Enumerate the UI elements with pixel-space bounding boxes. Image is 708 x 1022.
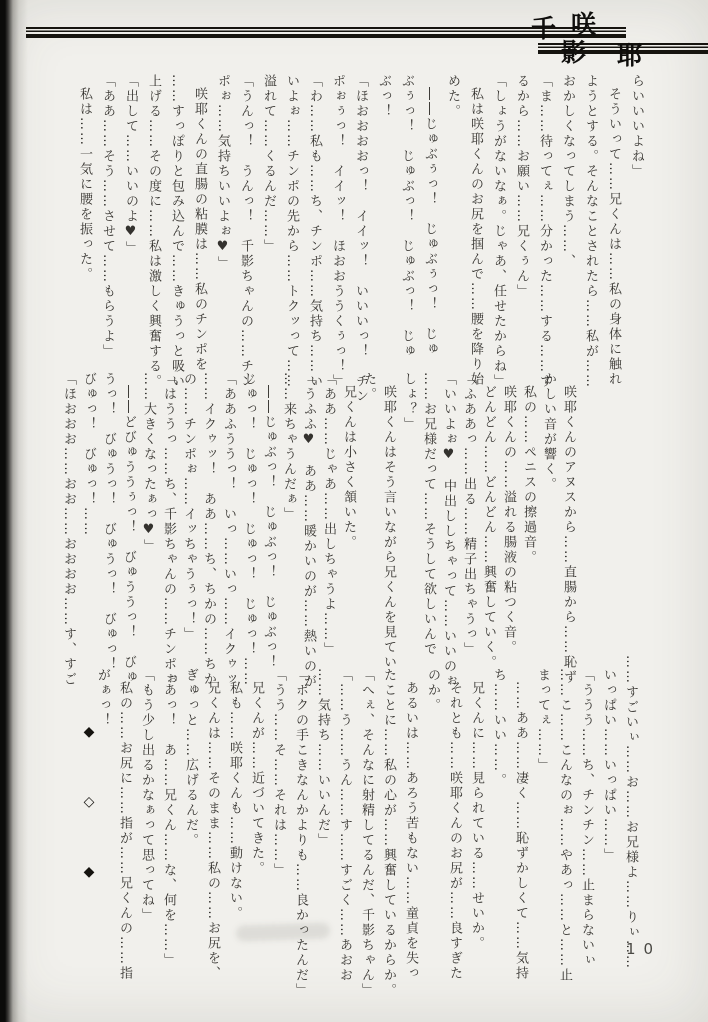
diamond-outline-icon: ◇: [84, 794, 95, 810]
text-column: 私の……ペニスの擦過音。: [518, 372, 538, 694]
text-column: 「ああふううっ！ いっ……いっ……イクゥッ: [218, 372, 238, 694]
text-column: ……来ちゃうんだぁ」: [278, 372, 298, 694]
text-column: めた。: [441, 74, 464, 398]
text-column: 咲耶くんはそう言いながら兄くんを見てい: [378, 372, 398, 694]
text-column: 「ああ……そう……させて……もらうよ」: [96, 74, 119, 398]
diamond-filled-icon: ◆: [84, 864, 95, 880]
text-column: いっぱい……いっぱい……」: [597, 655, 619, 969]
page-title-char: 影: [561, 40, 586, 65]
text-column: 「ううう……ち、チンチン……止まらないぃ: [575, 655, 597, 969]
text-column: 私は……一気に腰を振った。: [73, 74, 96, 398]
scan-page: 千 咲 影 耶 らいいいよね」そういって……兄くんは……私の身体に触れようとする…: [0, 0, 708, 1022]
text-column: ……お兄様だって……そうして欲しいんで: [418, 372, 438, 694]
text-column: ぶぅっ！ じゅぶっ！ じゅぶっ！ じゅ: [395, 74, 418, 398]
text-column: 「うふふ♥ ああ……暖かいのが……熱いのが: [298, 372, 318, 694]
text-column: ポぉぅっ！ イイッ！ ほおおううくぅっ！」: [326, 74, 349, 398]
text-column: ぶっ！: [372, 74, 395, 398]
text-column: ――じゅぶぅっ！ じゅぶぅっ！ じゅ: [418, 74, 441, 398]
text-column: らいいいよね」: [625, 74, 648, 398]
scene-break-diamonds: ◆ ◇ ◆: [78, 724, 100, 880]
text-column: 兄くんに……見られている……せいか。: [465, 655, 487, 969]
text-column: 「うう……そ……それは……」: [267, 655, 289, 969]
text-column: た。: [358, 372, 378, 694]
text-column: 兄くんは小さく頷いた。: [338, 372, 358, 694]
text-column: いよぉ……チンポの先から……トクッって……: [280, 74, 303, 398]
text-column: ……イクゥッ！ ああ……ち、ちかの……ちか: [198, 372, 218, 694]
text-column: まってぇ……」: [531, 655, 553, 969]
text-column: ポぉ……気持ちいいよぉ♥」: [211, 74, 234, 398]
text-column: それとも……咲耶くんのお尻が……良すぎた: [443, 655, 465, 969]
text-column: ……すっぽりと包み込んで……きゅうっと吸い: [165, 74, 188, 398]
text-column: 溢れて……くるんだ……」: [257, 74, 280, 398]
text-column: 「……う……うん……す……すごく……あおお: [333, 655, 355, 969]
text-column: 「出して……いいのよ♥」: [119, 74, 142, 398]
page-title-char: 耶: [617, 43, 642, 68]
text-column: どんどん……どんどん……興奮していく。: [478, 372, 498, 694]
text-column: そういって……兄くんは……私の身体に触れ: [602, 74, 625, 398]
text-column: ……ああ……凄く……恥ずかしくて……気持: [509, 655, 531, 969]
text-column: 「ま……待ってぇ……分かった……する……す: [533, 74, 556, 398]
text-column: 「あっ！ あ……兄くん……な、何を……」: [157, 655, 179, 969]
text-column: 兄くんが……近づいてきた。: [245, 655, 267, 969]
text-column: のか。: [421, 655, 443, 969]
text-column: おかしくなってしまう……、: [556, 74, 579, 398]
text-column: ぎゅっと……広げるんだ。: [179, 655, 201, 969]
text-column: 「もう少し出るかなぁって思ってね」: [135, 655, 157, 969]
text-column: 上げる……その度に……私は激しく興奮する。: [142, 74, 165, 398]
text-column: 私も……咲耶くんも……動けない。: [223, 655, 245, 969]
text-block-top: らいいいよね」そういって……兄くんは……私の身体に触れようとする。そんなことされ…: [73, 74, 648, 398]
text-column: 「はううっ……ち、千影ちゃんの……チンポぉ: [158, 372, 178, 694]
text-column: ……大きくなったぁっ♥」: [138, 372, 158, 694]
diamond-filled-icon: ◆: [84, 724, 95, 740]
text-column: ――どびゅううぅっ！ びゅううっ！ びゅ: [118, 372, 138, 694]
text-column: 咲耶くんのアヌスから……直腸から……恥ず: [558, 372, 578, 694]
text-column: 「ああ……じゃあ……出しちゃうよ……」: [318, 372, 338, 694]
text-column: 「へぇ、そんなに射精してるんだ、千影ちゃん」: [355, 655, 377, 969]
text-column: 「ふああっ……出る……精子出ちゃうっ」: [458, 372, 478, 694]
text-column: しょ？」: [398, 372, 418, 694]
text-column: ……すごいぃ……お……お兄様よ……りぃ……: [619, 655, 641, 969]
text-column: 咲耶くんの直腸の粘膜は……私のチンポを: [188, 74, 211, 398]
text-column: 「しょうがないなぁ。じゃあ、任せたからね」: [487, 74, 510, 398]
page-number: 10: [626, 940, 661, 958]
text-column: るから……お願い……兄くぅん」: [510, 74, 533, 398]
text-column: あるいは……あろう苦もない……童貞を失っ: [399, 655, 421, 969]
text-column: 「いいよぉ♥ 中出ししちゃって……いいのぉ: [438, 372, 458, 694]
text-column: うっ！ びゅうっ！ びゅうっ！ びゅっ！: [98, 372, 118, 694]
text-column: 私は咲耶くんのお尻を掴んで……腰を降り始: [464, 74, 487, 398]
text-column: 「ほおおお……おお……おおおお……す、すご: [58, 372, 78, 694]
ink-smudge: [236, 922, 331, 941]
text-block-middle: 咲耶くんのアヌスから……直腸から……恥ずかしい音が響く。私の……ペニスの擦過音。…: [58, 372, 578, 694]
text-block-bottom: ……すごいぃ……お……お兄様よ……りぃ……いっぱい……いっぱい……」「ううう………: [91, 655, 641, 969]
text-column: の……チンポぉ……イッちゃうぅっ！」: [178, 372, 198, 694]
text-column: びゅっ！ びゅっ！……: [78, 372, 98, 694]
text-column: 私の……お尻に……指が……兄くんの……指: [113, 655, 135, 969]
text-column: 「わ……私も……ち、チンポ……気持ち……い: [303, 74, 326, 398]
text-column: 兄くんは……そのまま……私の……お尻を、: [201, 655, 223, 969]
text-column: じゅっ！ じゅっ！ じゅっ！ じゅっ！……: [238, 372, 258, 694]
page-title-char: 千: [531, 16, 556, 41]
text-column: ようとする。そんなことされたら……私が……: [579, 74, 602, 398]
text-column: 「うんっ！ うんっ！ 千影ちゃんの……チン: [234, 74, 257, 398]
text-column: 「ボクの手こきなんかよりも……良かったんだ」: [289, 655, 311, 969]
text-column: 咲耶くんの……溢れる腸液の粘つく音。: [498, 372, 518, 694]
text-column: 「ほおおおおっ！ イイッ！ いいいっ！ チン: [349, 74, 372, 398]
page-title-char: 咲: [571, 12, 596, 37]
book-spine-shadow: [0, 0, 28, 1022]
text-column: ち……いい……。: [487, 655, 509, 969]
text-column: かしい音が響く。: [538, 372, 558, 694]
text-column: ――じゅぶっ！ じゅぶっ！ じゅぶっ！: [258, 372, 278, 694]
text-column: たことに……私の心が……興奮しているからか。: [377, 655, 399, 969]
text-column: ……こ……こんなのぉ……やあっ……と……止: [553, 655, 575, 969]
